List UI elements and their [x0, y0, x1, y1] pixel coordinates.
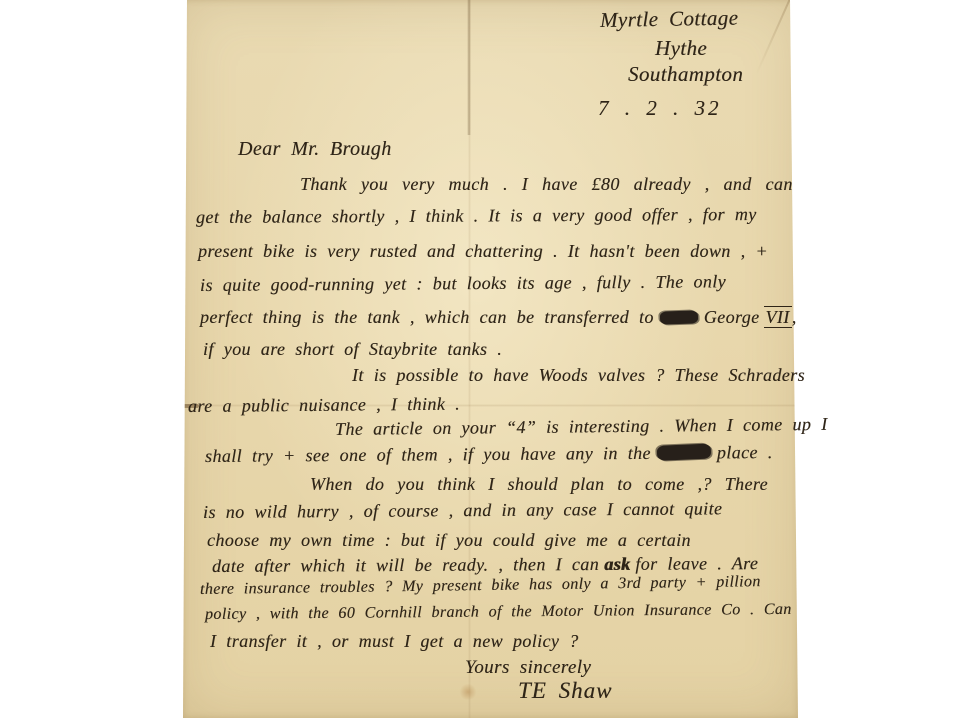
address-line-3: Southampton [628, 62, 743, 87]
body-line-3: present bike is very rusted and chatteri… [198, 241, 768, 262]
body-line-8: are a public nuisance , I think . [188, 394, 460, 417]
body-line-15: there insurance troubles ? My present bi… [200, 573, 761, 599]
body-line-16: policy , with the 60 Cornhill branch of … [205, 601, 792, 624]
body-line-13: choose my own time : but if you could gi… [207, 530, 691, 551]
body-line-10-text: shall try + see one of them , if you hav… [205, 443, 651, 466]
body-line-5-text: perfect thing is the tank , which can be… [200, 307, 654, 327]
body-line-1: Thank you very much . I have £80 already… [300, 174, 793, 195]
address-line-2: Hythe [655, 36, 707, 61]
body-line-5-text2: George [704, 307, 760, 327]
body-line-14-text: date after which it will be ready. , the… [212, 554, 599, 576]
scribbled-out-word [657, 444, 712, 461]
body-line-12: is no wild hurry , of course , and in an… [203, 498, 722, 523]
body-line-5-comma: , [792, 307, 797, 327]
roman-numeral-vii: VII [764, 306, 792, 328]
body-line-7: It is possible to have Woods valves ? Th… [352, 365, 805, 386]
body-line-10: shall try + see one of them , if you hav… [205, 442, 773, 467]
body-line-4: is quite good-running yet : but looks it… [200, 271, 726, 296]
address-line-1: Myrtle Cottage [600, 6, 739, 33]
scribbled-out-word [660, 310, 698, 324]
letter-date: 7 . 2 . 32 [598, 96, 722, 121]
closing-valediction: Yours sincerely [465, 657, 591, 679]
letter-text: Myrtle Cottage Hythe Southampton 7 . 2 .… [0, 0, 957, 718]
salutation: Dear Mr. Brough [238, 138, 392, 161]
body-line-14-text2: for leave . Are [635, 553, 758, 574]
body-line-10-text2: place . [717, 442, 773, 462]
photo-background: Myrtle Cottage Hythe Southampton 7 . 2 .… [0, 0, 957, 718]
body-line-5: perfect thing is the tank , which can be… [200, 307, 797, 328]
emphasized-word-ask: ask [604, 554, 630, 574]
body-line-2: get the balance shortly , I think . It i… [196, 204, 757, 228]
body-line-6: if you are short of Staybrite tanks . [203, 339, 502, 360]
body-line-17: I transfer it , or must I get a new poli… [210, 631, 579, 652]
body-line-11: When do you think I should plan to come … [310, 474, 768, 495]
body-line-9: The article on your “4” is interesting .… [335, 414, 828, 440]
signature: TE Shaw [518, 678, 612, 704]
